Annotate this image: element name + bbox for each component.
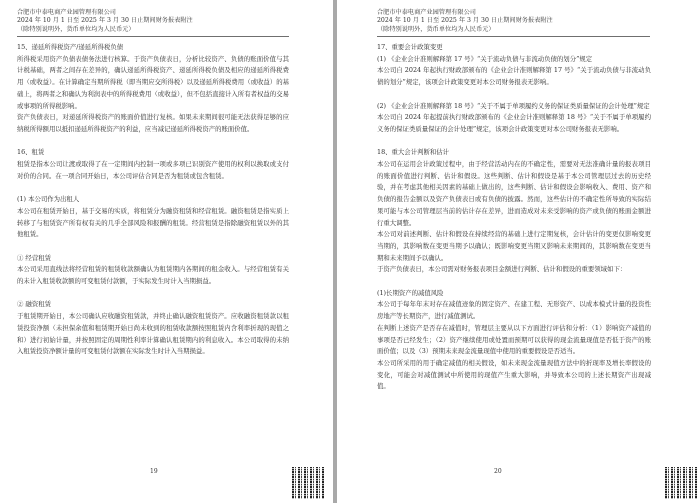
- section-heading: 15、递延所得税资产/递延所得税负债: [17, 42, 289, 54]
- page-number: 20: [494, 468, 502, 475]
- qr-code-icon: [292, 467, 324, 499]
- header-rule: [377, 36, 650, 37]
- paragraph: 租赁是指本公司让渡或取得了在一定期间内控制一项或多项已识别资产使用的权利以换取或…: [17, 159, 289, 182]
- spacer: [377, 276, 651, 288]
- page-body: 17、重要会计政策变更 (1) 《企业会计准则解释第 17 号》“关于流动负债与…: [377, 42, 651, 393]
- paragraph: 资产负债表日，对递延所得税资产的账面价值进行复核。如果未来期间很可能无法获得足够…: [17, 112, 289, 135]
- section-heading: 18、重大会计判断和估计: [377, 147, 651, 159]
- paragraph: 在判断上述资产是否存在减值时，管理层主要从以下方面进行评估和分析：（1）影响资产…: [377, 323, 651, 358]
- paragraph: 本公司自 2024 年起提前执行财政部颁布的《企业会计准则解释第 18 号》“关…: [377, 112, 651, 135]
- paragraph: 于资产负债表日，本公司需对财务报表项目金额进行判断、估计和假设的重要领域如下：: [377, 264, 651, 276]
- header-rule: [17, 36, 289, 37]
- spacer: [17, 288, 289, 300]
- spacer: [377, 89, 651, 101]
- page-body: 15、递延所得税资产/递延所得税负债 所得税采用资产负债表债务法进行核算。于资产…: [17, 42, 289, 358]
- report-period: 2024 年 10 月 1 日至 2025 年 3 月 30 日止期间财务报表附…: [17, 17, 193, 25]
- spacer: [17, 241, 289, 253]
- paragraph: 于租赁期开始日，本公司确认应收融资租赁款，并终止确认融资租赁资产。应收融资租赁款…: [17, 311, 289, 358]
- report-period: 2024 年 10 月 1 日至 2025 年 3 月 30 日止期间财务报表附…: [377, 17, 553, 25]
- currency-note: （除特别说明外，货币单位均为人民币元）: [17, 26, 193, 34]
- subsection-heading: ② 融资租赁: [17, 299, 289, 311]
- subsection-heading: (1) 本公司作为出租人: [17, 194, 289, 206]
- page-header: 合肥市中泰电商产业园管理有限公司 2024 年 10 月 1 日至 2025 年…: [17, 9, 193, 34]
- paragraph: 本公司于每年年末对存在减值迹象的固定资产、在建工程、无形资产、以成本模式计量的投…: [377, 299, 651, 322]
- paragraph: 本公司对前述判断、估计和假设在持续经营的基础上进行定期复核，会计估计的变更仅影响…: [377, 229, 651, 264]
- paragraph: 本公司在运用会计政策过程中，由于经营活动内在的不确定性，需要对无法准确计量的报表…: [377, 159, 651, 229]
- page-header: 合肥市中泰电商产业园管理有限公司 2024 年 10 月 1 日至 2025 年…: [377, 9, 553, 34]
- section-heading: 16、租赁: [17, 147, 289, 159]
- paragraph: 本公司采用直线法将经营租赁的租赁收款额确认为租赁期内各期间的租金收入。与经营租赁…: [17, 264, 289, 287]
- subsection-heading: (2) 《企业会计准则解释第 18 号》“关于不属于单项履约义务的保证类质量保证…: [377, 101, 651, 113]
- currency-note: （除特别说明外，货币单位均为人民币元）: [377, 26, 553, 34]
- subsection-heading: (1) 《企业会计准则解释第 17 号》“关于流动负债与非流动负债的划分”规定: [377, 54, 651, 66]
- subsection-heading: (1)长期资产的减值风险: [377, 288, 651, 300]
- document-page-left: 合肥市中泰电商产业园管理有限公司 2024 年 10 月 1 日至 2025 年…: [0, 0, 333, 503]
- spacer: [377, 136, 651, 148]
- spacer: [17, 136, 289, 148]
- spacer: [17, 182, 289, 194]
- paragraph: 本公司所采用的用于确定减值的相关假设，如未来现金流量现值方法中的折现率及增长率假…: [377, 358, 651, 393]
- section-heading: 17、重要会计政策变更: [377, 42, 651, 54]
- paragraph: 本公司在租赁开始日，基于交易的实质，将租赁分为融资租赁和经营租赁。融资租赁是指实…: [17, 206, 289, 241]
- paragraph: 本公司自 2024 年起执行财政部颁布的《企业会计准则解释第 17 号》“关于流…: [377, 65, 651, 88]
- document-page-right: 合肥市中泰电商产业园管理有限公司 2024 年 10 月 1 日至 2025 年…: [337, 0, 700, 503]
- page-number: 19: [150, 468, 158, 475]
- paragraph: 所得税采用资产负债表债务法进行核算。于资产负债表日，分析比较资产、负债的账面价值…: [17, 54, 289, 113]
- subsection-heading: ① 经营租赁: [17, 253, 289, 265]
- qr-code-icon: [665, 467, 697, 499]
